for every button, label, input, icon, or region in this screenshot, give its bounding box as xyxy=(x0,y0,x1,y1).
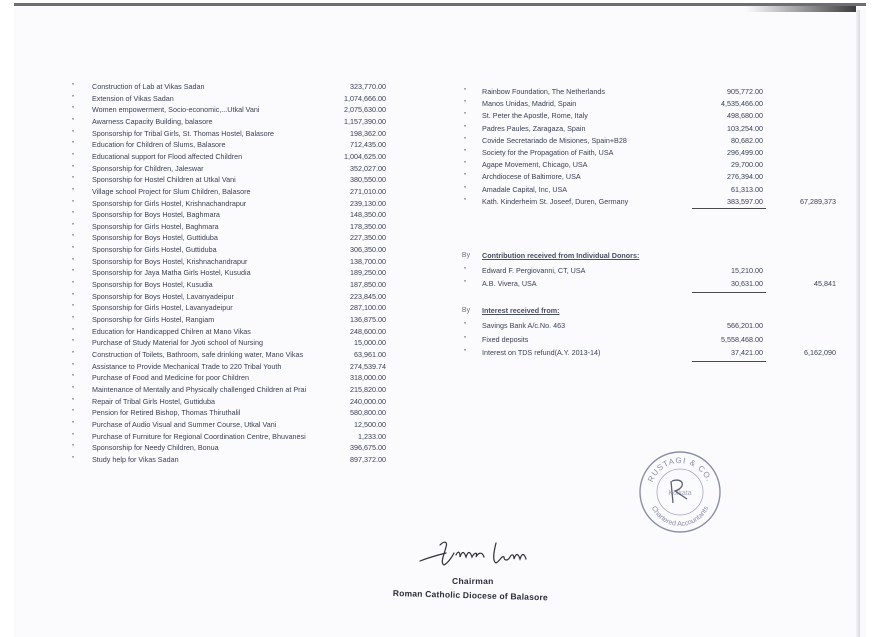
item-description: Fixed deposits xyxy=(482,334,528,346)
item-description: Interest on TDS refund(A.Y. 2013-14) xyxy=(482,347,600,359)
section-heading: ByContribution received from Individual … xyxy=(0,250,876,262)
item-amount: 5,558,468.00 xyxy=(683,334,763,346)
item-amount: 29,700.00 xyxy=(683,159,763,171)
ledger-row: "Sponsorship for Boys Hostel, Guttiduba2… xyxy=(0,232,876,244)
section-title: Interest received from: xyxy=(482,305,560,317)
ditto-mark: " xyxy=(68,431,78,443)
ditto-mark: " xyxy=(68,221,78,233)
item-amount: 396,675.00 xyxy=(306,442,386,454)
item-description: A.B. Vivera, USA xyxy=(482,278,537,290)
item-description: Study help for Vikas Sadan xyxy=(92,454,179,466)
ditto-mark: " xyxy=(460,147,470,159)
ditto-mark: " xyxy=(68,209,78,221)
ledger-row: "Covide Secretariado de Misiones, Spain+… xyxy=(0,135,876,147)
ledger-row: "Sponsorship for Boys Hostel, Baghmara14… xyxy=(0,209,876,221)
ditto-mark: " xyxy=(460,320,470,332)
svg-text:Chartered Accountants: Chartered Accountants xyxy=(650,505,711,528)
item-description: Savings Bank A/c.No. 463 xyxy=(482,320,565,332)
item-amount: 223,845.00 xyxy=(306,291,386,303)
item-amount: 318,000.00 xyxy=(306,372,386,384)
ledger-row: "St. Peter the Apostle, Rome, Italy498,6… xyxy=(0,110,876,122)
ledger-row: "Archdiocese of Baltimore, USA276,394.00 xyxy=(0,171,876,183)
ledger-row: "Purchase of Food and Medicine for poor … xyxy=(0,372,876,384)
item-amount: 897,372.00 xyxy=(306,454,386,466)
item-amount: 103,254.00 xyxy=(683,123,763,135)
item-amount: 580,800.00 xyxy=(306,407,386,419)
item-amount: 227,350.00 xyxy=(306,232,386,244)
item-amount: 276,394.00 xyxy=(683,171,763,183)
ditto-mark: " xyxy=(460,159,470,171)
total-row: 6,162,090 xyxy=(756,347,836,359)
ledger-row: "Purchase of Audio Visual and Summer Cou… xyxy=(0,419,876,431)
item-description: Sponsorship for Boys Hostel, Baghmara xyxy=(92,209,220,221)
by-prefix: By xyxy=(458,305,474,317)
item-amount: 215,820.00 xyxy=(306,384,386,396)
item-amount: 1,233.00 xyxy=(306,431,386,443)
ledger-row: "Agape Movement, Chicago, USA29,700.00 xyxy=(0,159,876,171)
item-description: Edward F. Pergiovanni, CT, USA xyxy=(482,265,585,277)
ledger-row: "Repair of Tribal Girls Hostel, Guttidub… xyxy=(0,396,876,408)
subtotal-rule xyxy=(692,208,766,209)
signatory-title: Chairman xyxy=(452,576,494,586)
item-description: Archdiocese of Baltimore, USA xyxy=(482,171,581,183)
item-description: Society for the Propagation of Faith, US… xyxy=(482,147,613,159)
ditto-mark: " xyxy=(460,196,470,208)
item-description: Sponsorship for Boys Hostel, Guttiduba xyxy=(92,232,218,244)
section-total: 6,162,090 xyxy=(804,347,836,359)
item-description: Repair of Tribal Girls Hostel, Guttiduba xyxy=(92,396,215,408)
item-amount: 296,499.00 xyxy=(683,147,763,159)
ditto-mark: " xyxy=(460,110,470,122)
item-description: Purchase of Food and Medicine for poor C… xyxy=(92,372,249,384)
section-total: 67,289,373 xyxy=(800,196,836,208)
item-description: Sponsorship for Needy Children, Bonua xyxy=(92,442,219,454)
item-description: St. Peter the Apostle, Rome, Italy xyxy=(482,110,588,122)
subtotal-rule xyxy=(692,361,766,362)
ledger-row: "Assistance to Provide Mechanical Trade … xyxy=(0,361,876,373)
ditto-mark: " xyxy=(68,361,78,373)
item-amount: 12,500.00 xyxy=(306,419,386,431)
item-description: Maintenance of Mentally and Physically c… xyxy=(92,384,306,396)
item-description: Padres Paules, Zaragaza, Spain xyxy=(482,123,585,135)
item-description: Purchase of Audio Visual and Summer Cour… xyxy=(92,419,276,431)
item-description: Sponsorship for Boys Hostel, Lavanyadeip… xyxy=(92,291,234,303)
ditto-mark: " xyxy=(68,291,78,303)
ditto-mark: " xyxy=(68,442,78,454)
item-amount: 274,539.74 xyxy=(306,361,386,373)
ditto-mark: " xyxy=(460,98,470,110)
signature-scribble xyxy=(418,537,538,569)
ledger-row: "Interest on TDS refund(A.Y. 2013-14)37,… xyxy=(0,347,876,359)
item-description: Sponsorship for Girls Hostel, Baghmara xyxy=(92,221,219,233)
item-amount: 37,421.00 xyxy=(683,347,763,359)
ditto-mark: " xyxy=(460,334,470,346)
item-amount: 15,210.00 xyxy=(683,265,763,277)
item-amount: 178,350.00 xyxy=(306,221,386,233)
ditto-mark: " xyxy=(68,372,78,384)
item-description: Agape Movement, Chicago, USA xyxy=(482,159,587,171)
auditor-stamp: RUSTAGI & CO. Chartered Accountants Kolk… xyxy=(637,449,723,535)
ledger-row: "Padres Paules, Zaragaza, Spain103,254.0… xyxy=(0,123,876,135)
ledger-row: "Study help for Vikas Sadan897,372.00 xyxy=(0,454,876,466)
item-amount: 30,631.00 xyxy=(683,278,763,290)
ledger-row: "Sponsorship for Girls Hostel, Baghmara1… xyxy=(0,221,876,233)
ditto-mark: " xyxy=(460,184,470,196)
ledger-row: "Amadale Capital, Inc, USA61,313.00 xyxy=(0,184,876,196)
ledger-row: "Rainbow Foundation, The Netherlands905,… xyxy=(0,86,876,98)
item-description: Manos Unidas, Madrid, Spain xyxy=(482,98,576,110)
ledger-row: "Maintenance of Mentally and Physically … xyxy=(0,384,876,396)
ditto-mark: " xyxy=(460,86,470,98)
ditto-mark: " xyxy=(460,347,470,359)
ledger-row: "Savings Bank A/c.No. 463566,201.00 xyxy=(0,320,876,332)
ledger-row: "Kath. Kinderheim St. Joseef, Duren, Ger… xyxy=(0,196,876,208)
scan-shadow xyxy=(746,6,856,12)
item-description: Rainbow Foundation, The Netherlands xyxy=(482,86,605,98)
ledger-row: "Edward F. Pergiovanni, CT, USA15,210.00 xyxy=(0,265,876,277)
ditto-mark: " xyxy=(68,419,78,431)
item-amount: 566,201.00 xyxy=(683,320,763,332)
item-amount: 61,313.00 xyxy=(683,184,763,196)
item-description: Purchase of Furniture for Regional Coord… xyxy=(92,431,306,443)
section-total: 45,841 xyxy=(814,278,836,290)
ledger-row: "Sponsorship for Needy Children, Bonua39… xyxy=(0,442,876,454)
ledger-row: "A.B. Vivera, USA30,631.00 xyxy=(0,278,876,290)
ditto-mark: " xyxy=(460,278,470,290)
ledger-row: "Manos Unidas, Madrid, Spain4,535,466.00 xyxy=(0,98,876,110)
ledger-row: "Pension for Retired Bishop, Thomas Thir… xyxy=(0,407,876,419)
subtotal-rule xyxy=(692,292,766,293)
item-description: Amadale Capital, Inc, USA xyxy=(482,184,567,196)
ditto-mark: " xyxy=(68,407,78,419)
ditto-mark: " xyxy=(68,232,78,244)
by-prefix: By xyxy=(458,250,474,262)
total-row: 67,289,373 xyxy=(756,196,836,208)
item-description: Covide Secretariado de Misiones, Spain+B… xyxy=(482,135,627,147)
item-amount: 498,680.00 xyxy=(683,110,763,122)
ditto-mark: " xyxy=(68,384,78,396)
section-title: Contribution received from Individual Do… xyxy=(482,250,639,262)
item-description: Kath. Kinderheim St. Joseef, Duren, Germ… xyxy=(482,196,628,208)
ditto-mark: " xyxy=(68,396,78,408)
item-description: Pension for Retired Bishop, Thomas Thiru… xyxy=(92,407,240,419)
item-description: Assistance to Provide Mechanical Trade t… xyxy=(92,361,281,373)
item-amount: 905,772.00 xyxy=(683,86,763,98)
ditto-mark: " xyxy=(68,454,78,466)
total-row: 45,841 xyxy=(756,278,836,290)
ledger-row: "Society for the Propagation of Faith, U… xyxy=(0,147,876,159)
ledger-row: "Fixed deposits5,558,468.00 xyxy=(0,334,876,346)
ledger-row: "Purchase of Furniture for Regional Coor… xyxy=(0,431,876,443)
section-heading: ByInterest received from: xyxy=(0,305,876,317)
item-amount: 80,682.00 xyxy=(683,135,763,147)
item-amount: 4,535,466.00 xyxy=(683,98,763,110)
item-amount: 240,000.00 xyxy=(306,396,386,408)
ditto-mark: " xyxy=(460,123,470,135)
item-amount: 383,597.00 xyxy=(683,196,763,208)
ditto-mark: " xyxy=(460,135,470,147)
item-amount: 148,350.00 xyxy=(306,209,386,221)
ditto-mark: " xyxy=(460,171,470,183)
ditto-mark: " xyxy=(460,265,470,277)
